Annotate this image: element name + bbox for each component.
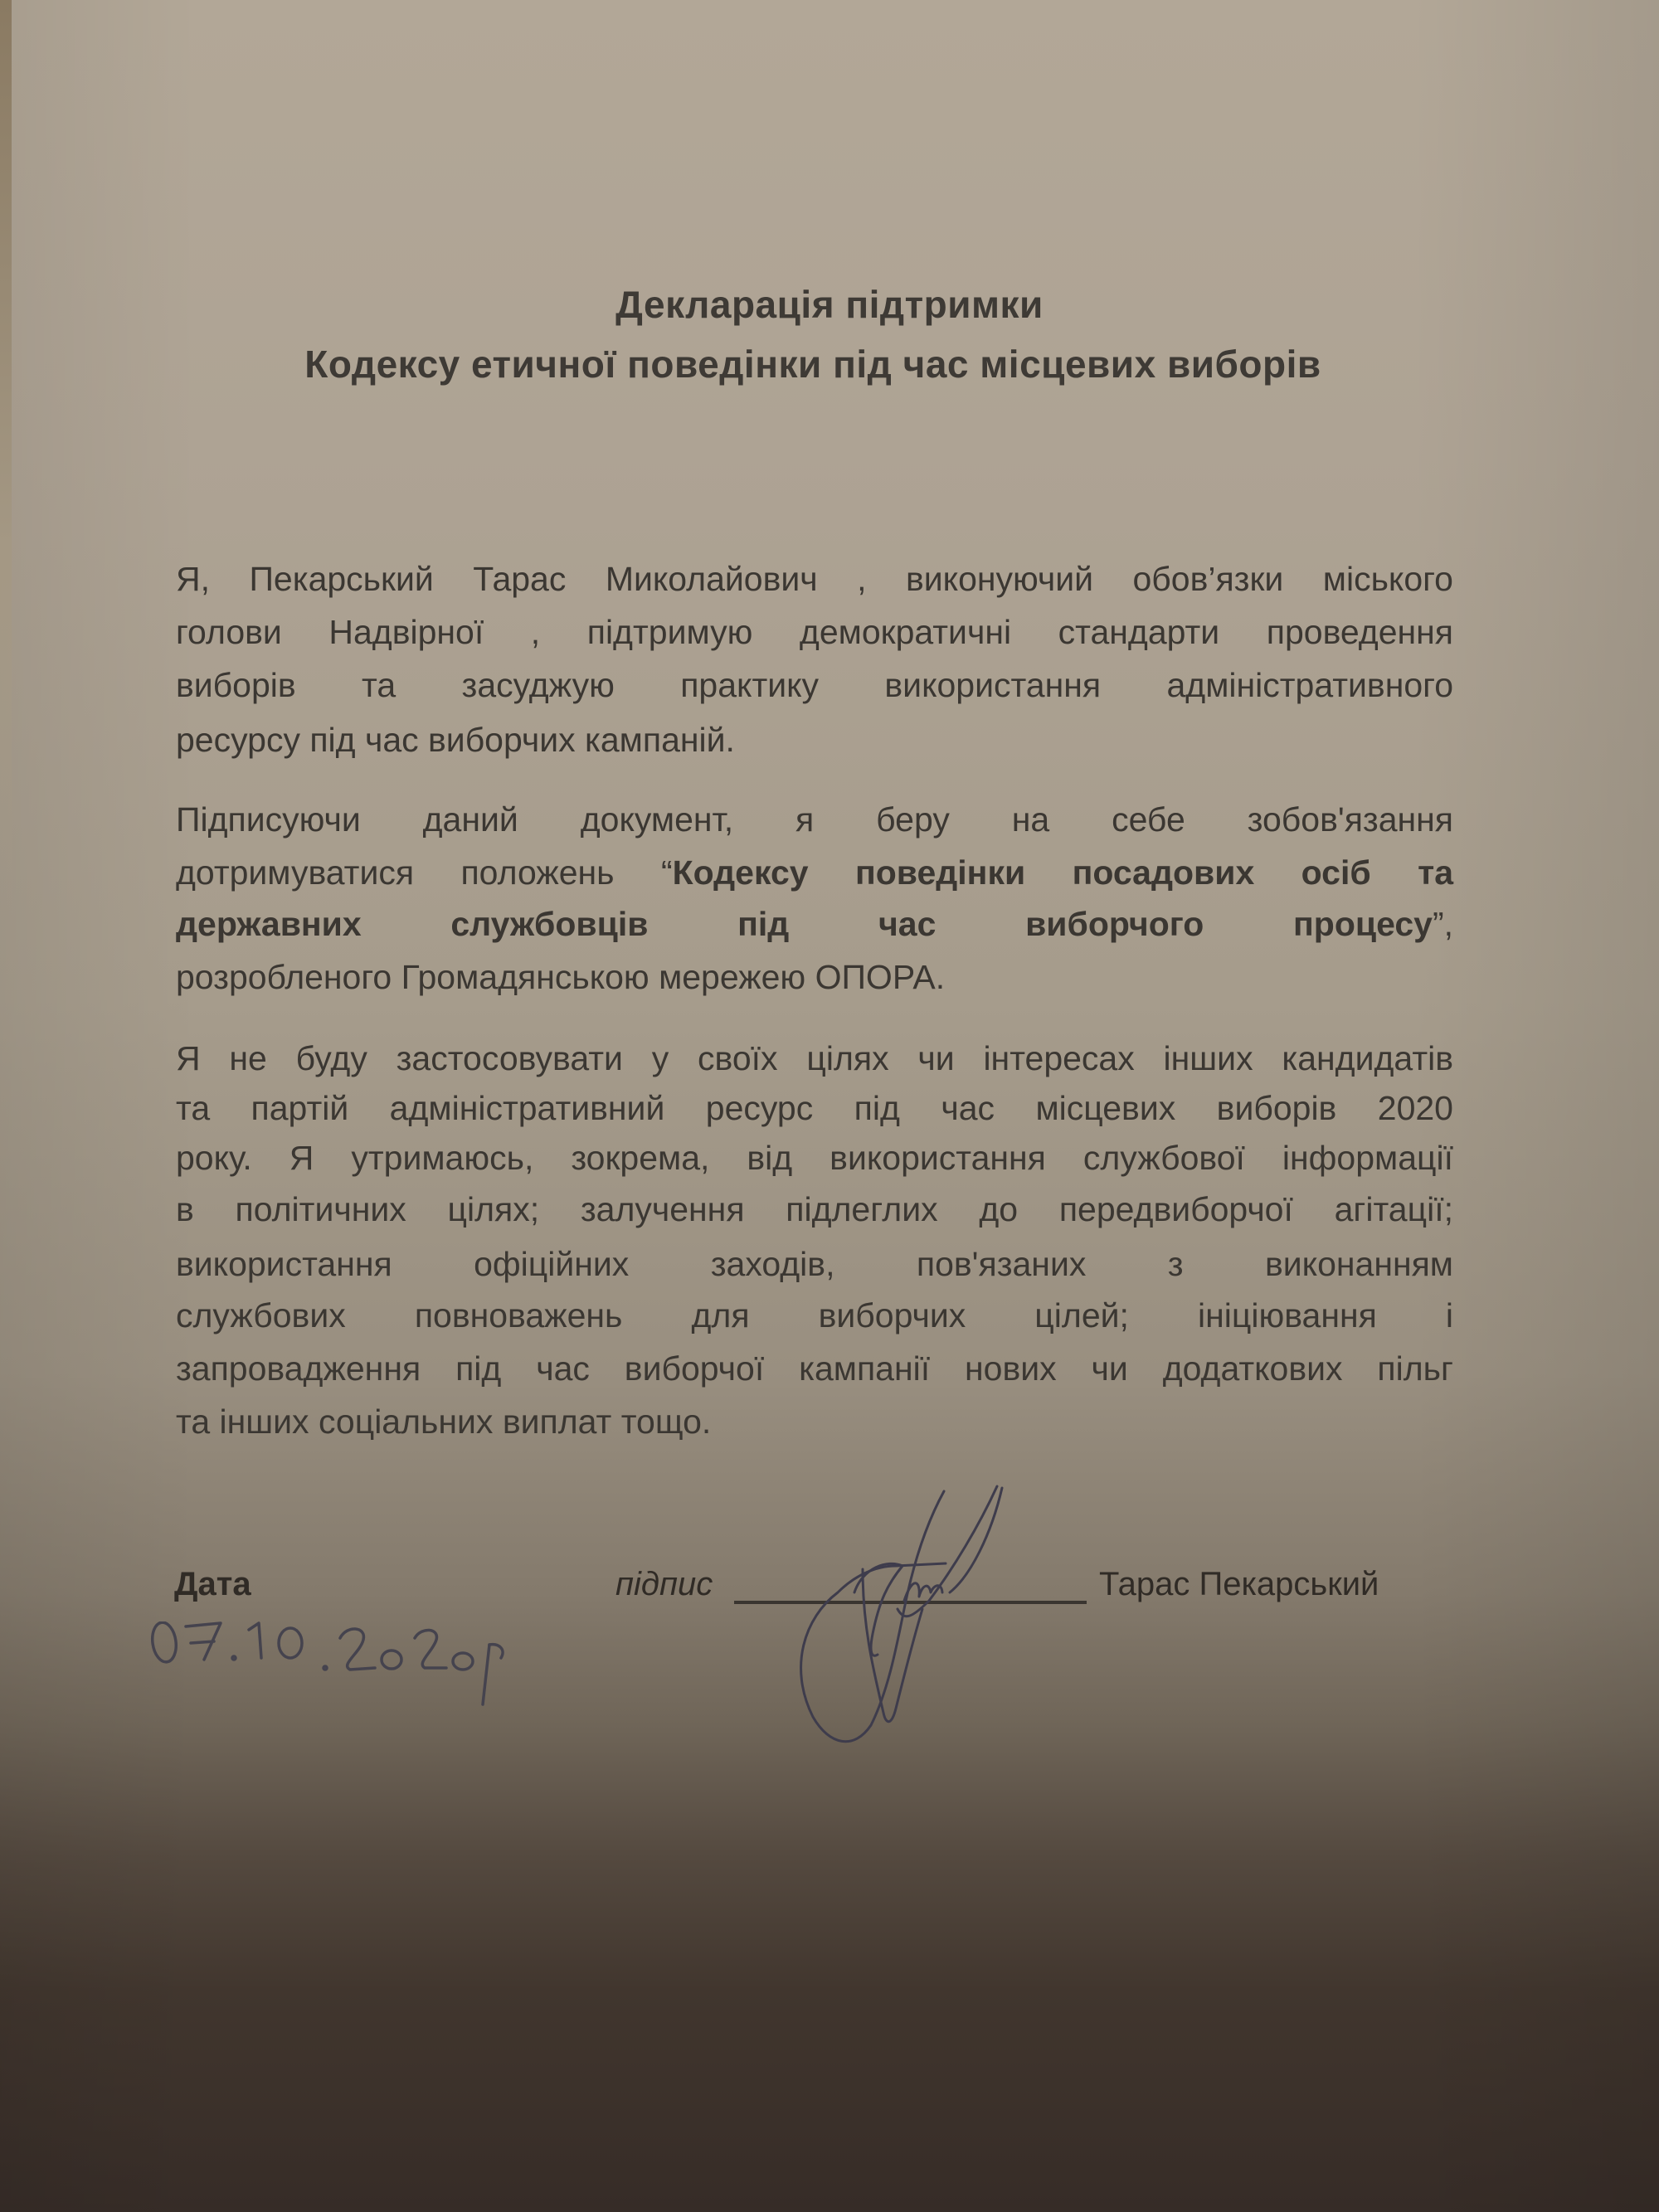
paragraph-1-line: ресурсу під час виборчих кампаній. xyxy=(176,715,1453,765)
paragraph-2-line: державних службовців під час виборчого п… xyxy=(176,899,1453,949)
code-title-bold: Кодексу поведінки посадових осіб та xyxy=(673,853,1453,892)
paper-edge-shadow xyxy=(0,0,12,912)
paragraph-3-line: та інших соціальних виплат тощо. xyxy=(176,1397,1453,1446)
paragraph-2-line: розробленого Громадянською мережею ОПОРА… xyxy=(176,952,1453,1002)
paragraph-2-text: ”, xyxy=(1433,905,1453,943)
handwritten-date xyxy=(141,1621,523,1713)
paragraph-3-line: Я не буду застосовувати у своїх цілях чи… xyxy=(176,1033,1453,1083)
paragraph-2-text: дотримуватися положень “ xyxy=(176,853,673,892)
paragraph-3-line: в політичних цілях; залучення підлеглих … xyxy=(176,1184,1453,1234)
date-label: Дата xyxy=(174,1566,251,1603)
paragraph-3-line: запровадження під час виборчої кампанії … xyxy=(176,1344,1453,1393)
paragraph-1-line: голови Надвірної , підтримую демократичн… xyxy=(176,607,1453,657)
paragraph-3-line: службових повноважень для виборчих цілей… xyxy=(176,1291,1453,1340)
signer-name: Тарас Пекарський xyxy=(1099,1566,1379,1603)
paragraph-3-line: року. Я утримаюсь, зокрема, від використ… xyxy=(176,1133,1453,1183)
paragraph-3-line: використання офіційних заходів, пов'язан… xyxy=(176,1239,1453,1289)
signature-label: підпис xyxy=(615,1566,713,1603)
code-title-bold: державних службовців під час виборчого п… xyxy=(176,905,1433,943)
document-title-line-1: Декларація підтримки xyxy=(0,282,1659,327)
paragraph-3-line: та партій адміністративний ресурс під ча… xyxy=(176,1083,1453,1133)
handwritten-signature xyxy=(780,1476,1045,1758)
paragraph-1-line: Я, Пекарський Тарас Миколайович , викону… xyxy=(176,554,1453,604)
paragraph-2-line: дотримуватися положень “Кодексу поведінк… xyxy=(176,848,1453,897)
paragraph-1-line: виборів та засуджую практику використанн… xyxy=(176,660,1453,710)
document-title-line-2: Кодексу етичної поведінки під час місцев… xyxy=(0,342,1642,386)
paragraph-2-line: Підписуючи даний документ, я беру на себ… xyxy=(176,795,1453,844)
